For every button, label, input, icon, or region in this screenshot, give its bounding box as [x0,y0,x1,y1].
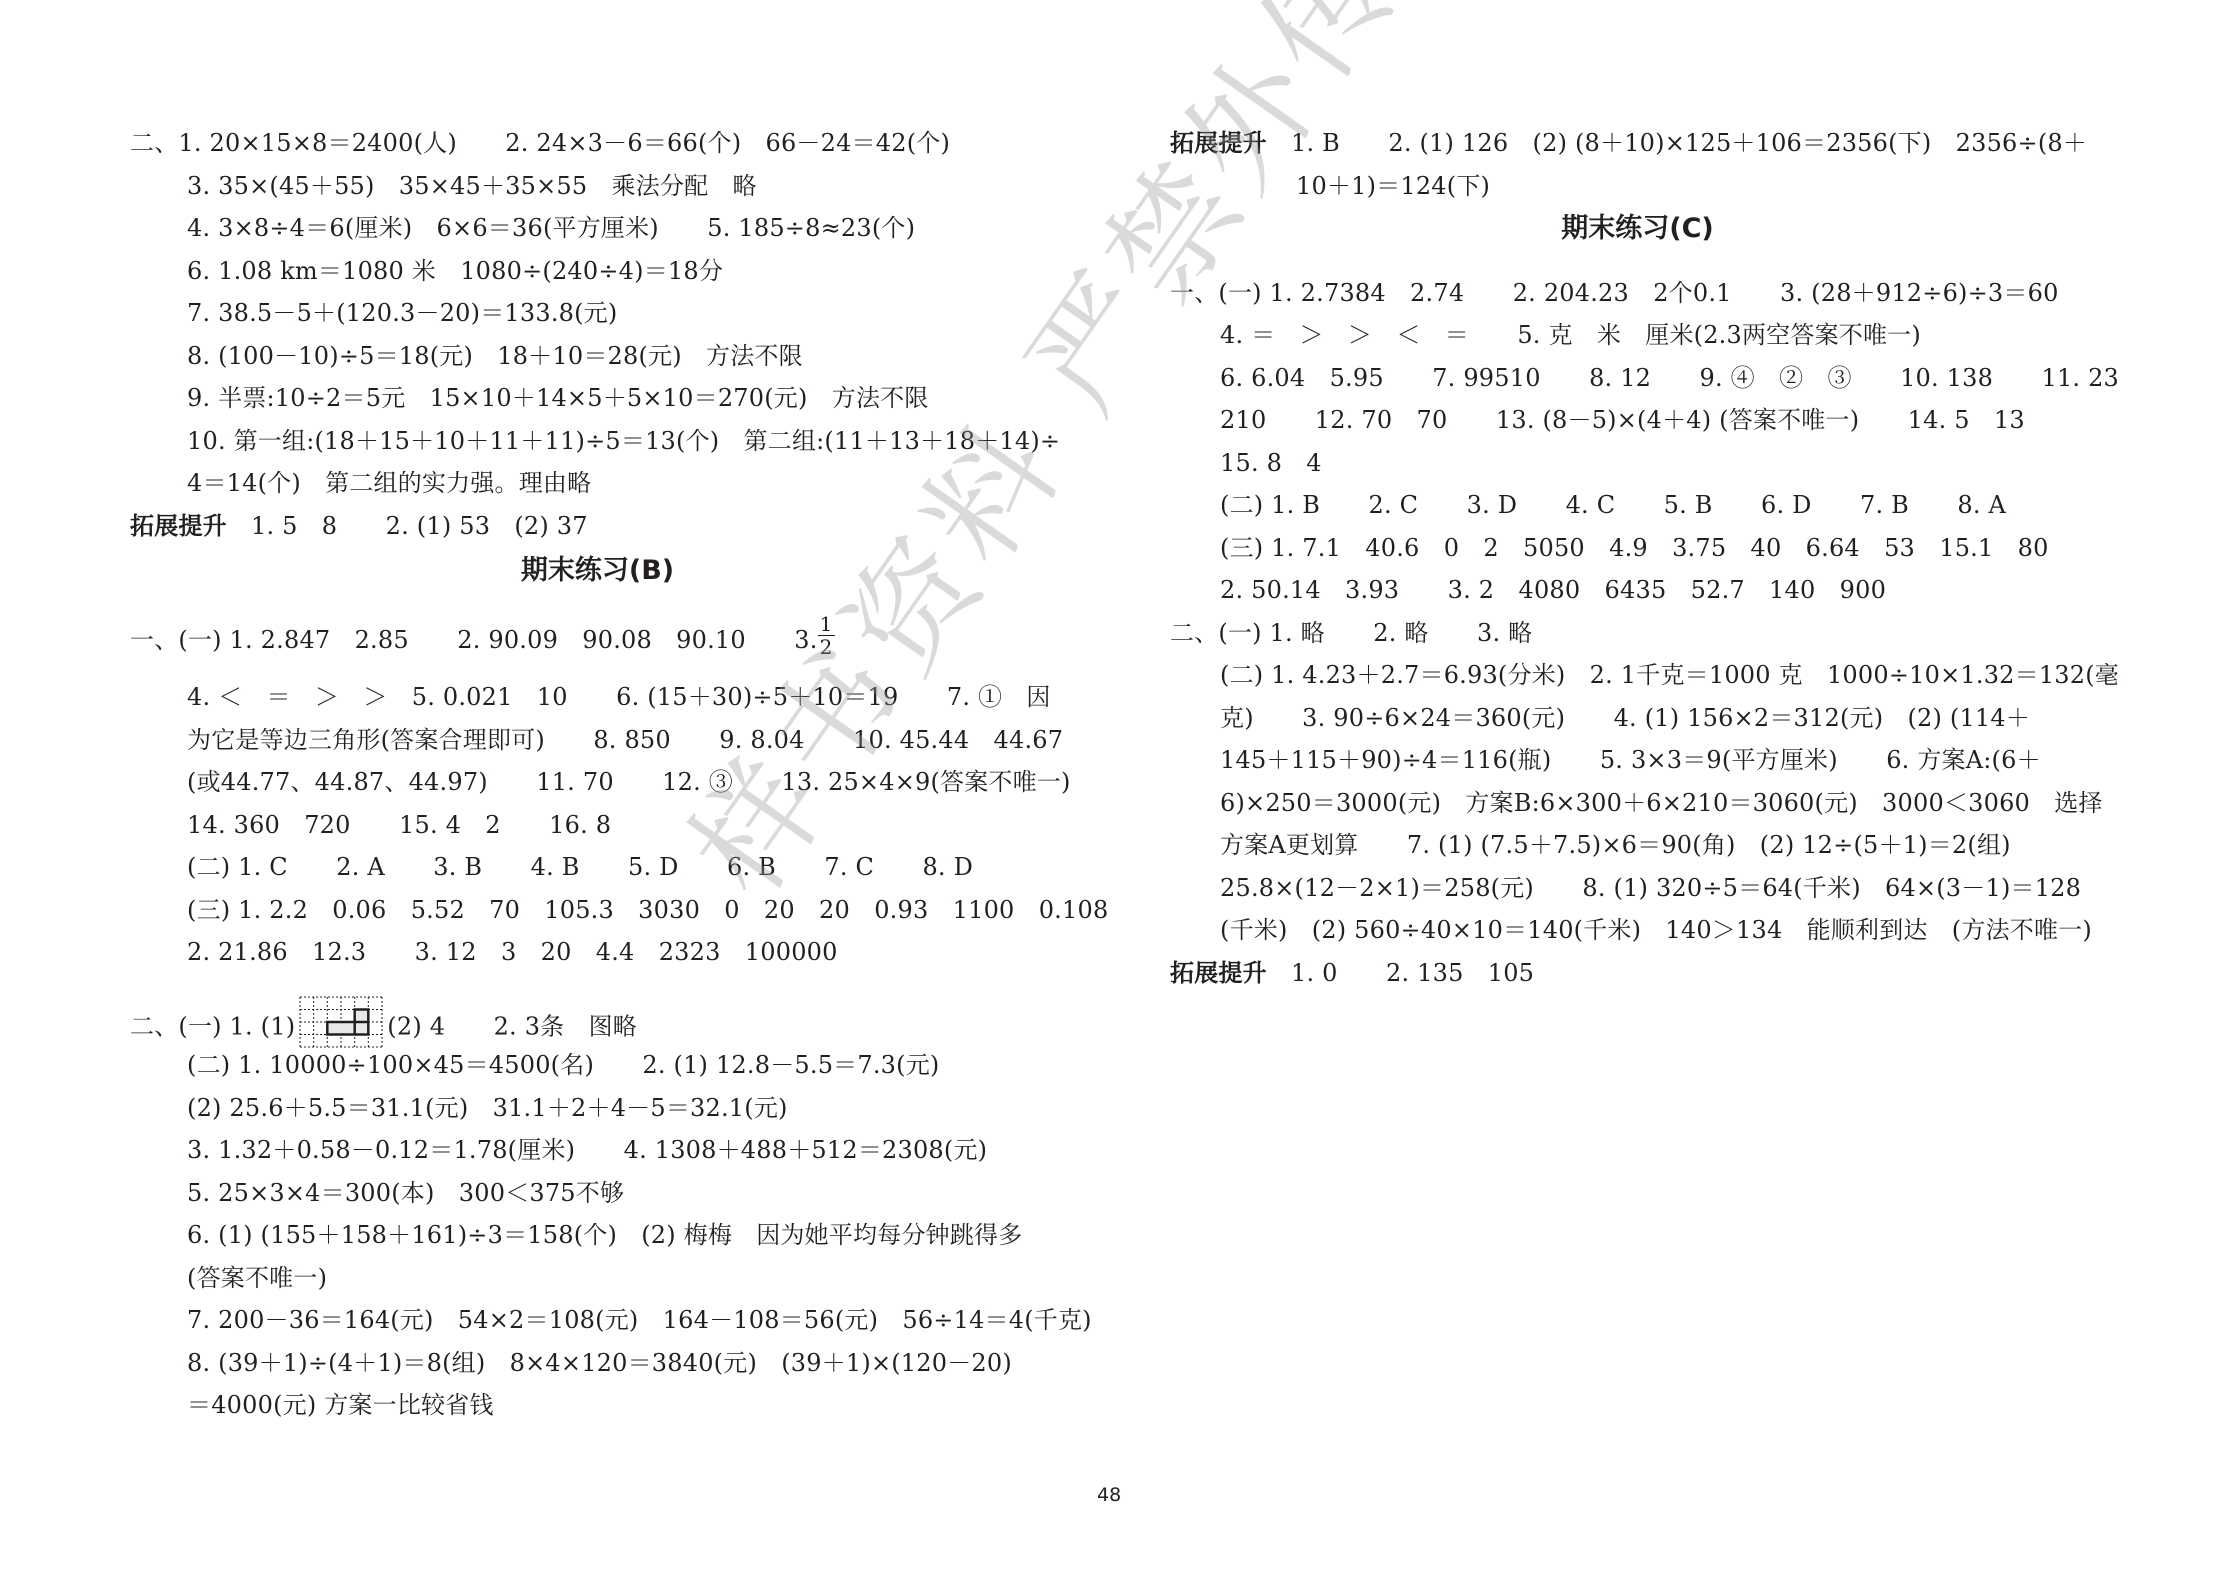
extension-row: 拓展提升 1. 0 2. 135 105 [1170,958,1534,988]
extension-answers: 1. 5 8 2. (1) 53 (2) 37 [251,512,588,540]
answer-line: 10＋1)＝124(下) [1296,171,1490,201]
answer-line: 一、(一) 1. 2.847 2.85 2. 90.09 90.08 90.10… [130,625,835,658]
fraction: 12 [818,613,835,658]
answer-line: 克) 3. 90÷6×24＝360(元) 4. (1) 156×2＝312(元)… [1220,703,2030,733]
answer-line: 9. 半票:10÷2＝5元 15×10＋14×5＋5×10＝270(元) 方法不… [187,383,929,413]
extension-label: 拓展提升 [1170,129,1267,157]
answer-line: 4. 3×8÷4＝6(厘米) 6×6＝36(平方厘米) 5. 185÷8≈23(… [187,213,915,243]
answer-line: 7. 38.5－5＋(120.3－20)＝133.8(元) [187,298,617,328]
answer-line: (答案不唯一) [187,1263,327,1293]
answer-line: 3. 35×(45＋55) 35×45＋35×55 乘法分配 略 [187,171,757,201]
answer-key-page: 二、1. 20×15×8＝2400(人) 2. 24×3－6＝66(个) 66－… [0,0,2220,1571]
answer-line: 4＝14(个) 第二组的实力强。理由略 [187,468,591,498]
answer-line: 2. 21.86 12.3 3. 12 3 20 4.4 2323 100000 [187,937,838,967]
answer-line: 6. 1.08 km＝1080 米 1080÷(240÷4)＝18分 [187,256,723,286]
answer-line: 为它是等边三角形(答案合理即可) 8. 850 9. 8.04 10. 45.4… [187,725,1063,755]
extension-row: 拓展提升 1. 5 8 2. (1) 53 (2) 37 [130,511,588,541]
answer-line: (或44.77、44.87、44.97) 11. 70 12. ③ 13. 25… [187,767,1071,797]
answer-line: 二、(一) 1. 略 2. 略 3. 略 [1170,618,1532,648]
answer-line: 10. 第一组:(18＋15＋10＋11＋11)÷5＝13(个) 第二组:(11… [187,426,1060,456]
answer-line: 15. 8 4 [1220,448,1322,478]
extension-label: 拓展提升 [130,512,227,540]
answer-line: 二、(一) 1. (1) (2) 4 2. 3条 图略 [130,1002,637,1054]
answer-line: 6. 6.04 5.95 7. 99510 8. 12 9. ④ ② ③ 10.… [1220,363,2119,393]
answer-line: 8. (39＋1)÷(4＋1)＝8(组) 8×4×120＝3840(元) (39… [187,1348,1012,1378]
answer-line: (二) 1. C 2. A 3. B 4. B 5. D 6. B 7. C 8… [187,852,973,882]
answer-line: 7. 200－36＝164(元) 54×2＝108(元) 164－108＝56(… [187,1305,1092,1335]
section-title-exam-b: 期末练习(B) [130,555,1065,587]
answer-line: (二) 1. B 2. C 3. D 4. C 5. B 6. D 7. B 8… [1220,490,2006,520]
answer-line: (二) 1. 10000÷100×45＝4500(名) 2. (1) 12.8－… [187,1050,939,1080]
extension-row: 拓展提升 1. B 2. (1) 126 (2) (8＋10)×125＋106＝… [1170,128,2087,158]
answer-line: 6)×250＝3000(元) 方案B:6×300＋6×210＝3060(元) 3… [1220,788,2103,818]
answer-line: 25.8×(12－2×1)＝258(元) 8. (1) 320÷5＝64(千米)… [1220,873,2081,903]
answer-line: (2) 25.6＋5.5＝31.1(元) 31.1＋2＋4－5＝32.1(元) [187,1093,788,1123]
answer-line: 145＋115＋90)÷4＝116(瓶) 5. 3×3＝9(平方厘米) 6. 方… [1220,745,2041,775]
page-number: 48 [1097,1484,1121,1506]
answer-line: 210 12. 70 70 13. (8－5)×(4＋4) (答案不唯一) 14… [1220,405,2025,435]
extension-label: 拓展提升 [1170,959,1267,987]
answer-line: (三) 1. 2.2 0.06 5.52 70 105.3 3030 0 20 … [187,895,1108,925]
answer-line: 8. (100－10)÷5＝18(元) 18＋10＝28(元) 方法不限 [187,341,803,371]
answer-line: 6. (1) (155＋158＋161)÷3＝158(个) (2) 梅梅 因为她… [187,1220,1022,1250]
answer-line: 二、1. 20×15×8＝2400(人) 2. 24×3－6＝66(个) 66－… [130,128,950,158]
section-title-exam-c: 期末练习(C) [1170,213,2105,245]
answer-line: 方案A更划算 7. (1) (7.5＋7.5)×6＝90(角) (2) 12÷(… [1220,830,2011,860]
answer-line: 5. 25×3×4＝300(本) 300＜375不够 [187,1178,624,1208]
answer-line: 4. ＜ ＝ ＞ ＞ 5. 0.021 10 6. (15＋30)÷5＋10＝1… [187,682,1051,712]
l-shape-grid-figure [299,996,383,1048]
answer-line: 一、(一) 1. 2.7384 2.74 2. 204.23 2个0.1 3. … [1170,278,2059,308]
answer-line: 3. 1.32＋0.58－0.12＝1.78(厘米) 4. 1308＋488＋5… [187,1135,987,1165]
answer-line: ＝4000(元) 方案一比较省钱 [187,1390,494,1420]
answer-line: (二) 1. 4.23＋2.7＝6.93(分米) 2. 1千克＝1000 克 1… [1220,660,2119,690]
answer-line: 4. ＝ ＞ ＞ ＜ ＝ 5. 克 米 厘米(2.3两空答案不唯一) [1220,320,1921,350]
answer-line: (千米) (2) 560÷40×10＝140(千米) 140＞134 能顺利到达… [1220,915,2092,945]
answer-line: (三) 1. 7.1 40.6 0 2 5050 4.9 3.75 40 6.6… [1220,533,2049,563]
answer-line: 14. 360 720 15. 4 2 16. 8 [187,810,611,840]
answer-line: 2. 50.14 3.93 3. 2 4080 6435 52.7 140 90… [1220,575,1886,605]
